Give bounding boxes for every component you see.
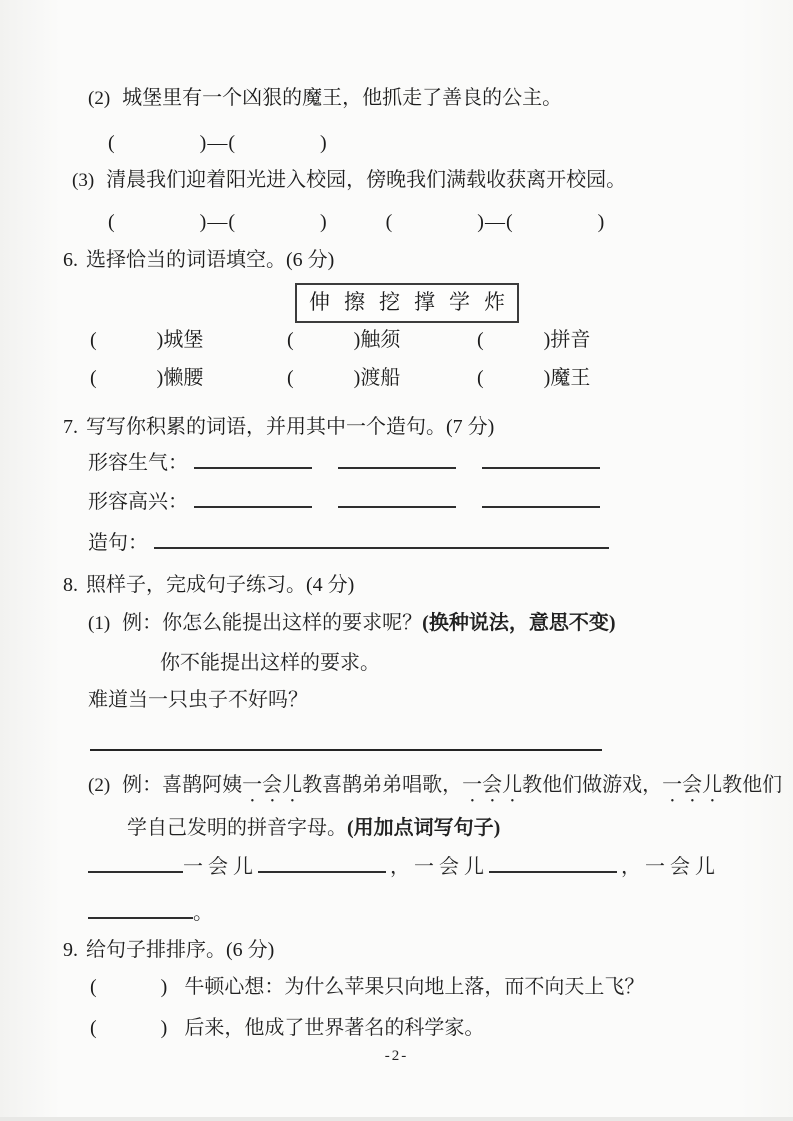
fill-blank-word: ( )渡船 bbox=[287, 366, 477, 390]
target-word: 城堡 bbox=[163, 329, 203, 351]
q6-heading: 6.选择恰当的词语填空。(6 分) bbox=[63, 248, 334, 272]
answer-line bbox=[90, 749, 602, 751]
answer-blank bbox=[482, 490, 600, 508]
fill-blank-word: ( )拼音 bbox=[477, 328, 590, 352]
example-instruction: (用加点词写句子) bbox=[347, 817, 500, 839]
question-number: 7. bbox=[63, 416, 78, 438]
q6-row-1: ( )城堡 ( )触须 ( )拼音 bbox=[90, 328, 590, 352]
word-bank-item: 炸 bbox=[484, 290, 505, 314]
q8-item-1-prompt: 难道当一只虫子不好吗？ bbox=[88, 688, 308, 712]
punctuation: ， bbox=[390, 856, 410, 878]
question-number: 9. bbox=[63, 939, 78, 961]
example-label: 例： bbox=[122, 612, 162, 634]
fill-blank-parens: ( ) bbox=[287, 367, 360, 389]
question-title: 写写你积累的词语，并用其中一个造句。(7 分) bbox=[86, 416, 494, 438]
question-number: 8. bbox=[63, 574, 78, 596]
example-instruction: (换种说法，意思不变) bbox=[422, 612, 615, 634]
q5-item-3-answer-parens: ( )—( )( )—( ) bbox=[108, 210, 605, 234]
question-title: 照样子，完成句子练习。(4 分) bbox=[86, 574, 354, 596]
page-number: -2- bbox=[0, 1048, 793, 1065]
answer-blank bbox=[258, 855, 386, 873]
q5-item-2-answer-parens: ( )—( ) bbox=[108, 131, 328, 155]
target-word: 魔王 bbox=[550, 367, 590, 389]
fill-blank-parens: ( )—( ) bbox=[108, 132, 328, 154]
example-segment: 教喜鹊弟弟唱歌， bbox=[302, 774, 462, 796]
sentence-text: 后来，他成了世界著名的科学家。 bbox=[184, 1017, 484, 1039]
q5-item-3: (3)清晨我们迎着阳光进入校园，傍晚我们满载收获离开校园。 bbox=[72, 168, 626, 193]
answer-blank bbox=[88, 901, 193, 919]
question-title: 选择恰当的词语填空。(6 分) bbox=[86, 249, 334, 271]
target-word: 触须 bbox=[360, 329, 400, 351]
question-number: 6. bbox=[63, 249, 78, 271]
example-sentence: 你怎么能提出这样的要求呢？ bbox=[162, 612, 422, 634]
word-bank-item: 伸 bbox=[309, 290, 330, 314]
dotted-word: 一会儿 bbox=[462, 774, 522, 796]
fill-blank-word: ( )魔王 bbox=[477, 366, 590, 390]
fill-blank-word: ( )懒腰 bbox=[90, 366, 287, 390]
answer-blank bbox=[482, 451, 600, 469]
sub-item-number: (2) bbox=[88, 775, 110, 796]
field-label: 形容生气： bbox=[88, 452, 188, 474]
question-title: 给句子排排序。(6 分) bbox=[86, 939, 274, 961]
target-word: 拼音 bbox=[550, 329, 590, 351]
q9-heading: 9.给句子排排序。(6 分) bbox=[63, 938, 274, 962]
dotted-word: 一会儿 bbox=[242, 774, 302, 796]
q7-sentence-row: 造句： bbox=[88, 531, 609, 555]
q8-item-2-fill-line-2: 。 bbox=[88, 901, 213, 925]
q8-item-2-example: (2)例：喜鹊阿姨一会儿教喜鹊弟弟唱歌，一会儿教他们做游戏，一会儿教他们学自己发… bbox=[88, 764, 787, 849]
field-label: 形容高兴： bbox=[88, 491, 188, 513]
word-bank-item: 挖 bbox=[379, 290, 400, 314]
answer-blank bbox=[154, 531, 609, 549]
q5-item-2: (2)城堡里有一个凶狠的魔王，他抓走了善良的公主。 bbox=[88, 86, 562, 111]
target-word: 渡船 bbox=[360, 367, 400, 389]
example-segment: 喜鹊阿姨 bbox=[162, 774, 242, 796]
example-answer: 你不能提出这样的要求。 bbox=[160, 652, 380, 674]
fill-blank-parens: ( )—( ) bbox=[386, 211, 606, 233]
worksheet-page: (2)城堡里有一个凶狠的魔王，他抓走了善良的公主。 ( )—( ) (3)清晨我… bbox=[0, 0, 793, 1121]
sub-item-number: (1) bbox=[88, 613, 110, 634]
answer-blank bbox=[194, 490, 312, 508]
q7-heading: 7.写写你积累的词语，并用其中一个造句。(7 分) bbox=[63, 415, 494, 439]
punctuation: 。 bbox=[193, 902, 213, 924]
fill-blank-parens: ( ) bbox=[90, 329, 163, 351]
q9-item-1: ( )牛顿心想：为什么苹果只向地上落，而不向天上飞？ bbox=[90, 975, 644, 999]
q8-heading: 8.照样子，完成句子练习。(4 分) bbox=[63, 573, 354, 597]
q7-angry-row: 形容生气： bbox=[88, 451, 600, 475]
q9-item-2: ( )后来，他成了世界著名的科学家。 bbox=[90, 1016, 484, 1040]
fill-blank-parens: ( ) bbox=[287, 329, 360, 351]
fill-blank-parens: ( ) bbox=[477, 367, 550, 389]
punctuation: ， bbox=[621, 856, 641, 878]
q8-item-2-fill-line-1: 一会儿，一会儿，一会儿 bbox=[88, 855, 720, 879]
fill-word: 一会儿 bbox=[645, 856, 720, 878]
sentence-text: 清晨我们迎着阳光进入校园，傍晚我们满载收获离开校园。 bbox=[106, 169, 626, 191]
target-word: 懒腰 bbox=[163, 367, 203, 389]
fill-blank-parens: ( ) bbox=[477, 329, 550, 351]
sub-item-number: (2) bbox=[88, 88, 110, 109]
answer-blank bbox=[194, 451, 312, 469]
fill-blank-parens: ( )—( ) bbox=[108, 211, 328, 233]
field-label: 造句： bbox=[88, 532, 148, 554]
sub-item-number: (3) bbox=[72, 170, 94, 191]
fill-blank-word: ( )城堡 bbox=[90, 328, 287, 352]
answer-blank bbox=[338, 451, 456, 469]
answer-blank bbox=[338, 490, 456, 508]
example-label: 例： bbox=[122, 774, 162, 796]
q8-item-1-example-answer: 你不能提出这样的要求。 bbox=[160, 651, 380, 675]
fill-blank-parens: ( ) bbox=[90, 367, 163, 389]
word-bank-item: 学 bbox=[449, 290, 470, 314]
prompt-sentence: 难道当一只虫子不好吗？ bbox=[88, 689, 308, 711]
word-bank-item: 撑 bbox=[414, 290, 435, 314]
fill-word: 一会儿 bbox=[414, 856, 489, 878]
sentence-text: 城堡里有一个凶狠的魔王，他抓走了善良的公主。 bbox=[122, 87, 562, 109]
q7-happy-row: 形容高兴： bbox=[88, 490, 600, 514]
answer-blank bbox=[489, 855, 617, 873]
word-bank-item: 擦 bbox=[344, 290, 365, 314]
dotted-word: 一会儿 bbox=[662, 774, 722, 796]
q8-item-1-example: (1)例：你怎么能提出这样的要求呢？(换种说法，意思不变) bbox=[88, 611, 615, 636]
sentence-text: 牛顿心想：为什么苹果只向地上落，而不向天上飞？ bbox=[184, 976, 644, 998]
example-segment: 教他们做游戏， bbox=[522, 774, 662, 796]
order-parens: ( ) bbox=[90, 976, 168, 998]
word-bank: 伸擦挖撑学炸 bbox=[295, 283, 519, 323]
order-parens: ( ) bbox=[90, 1017, 168, 1039]
q6-row-2: ( )懒腰 ( )渡船 ( )魔王 bbox=[90, 366, 590, 390]
fill-blank-word: ( )触须 bbox=[287, 328, 477, 352]
fill-word: 一会儿 bbox=[183, 856, 258, 878]
answer-blank bbox=[88, 855, 183, 873]
